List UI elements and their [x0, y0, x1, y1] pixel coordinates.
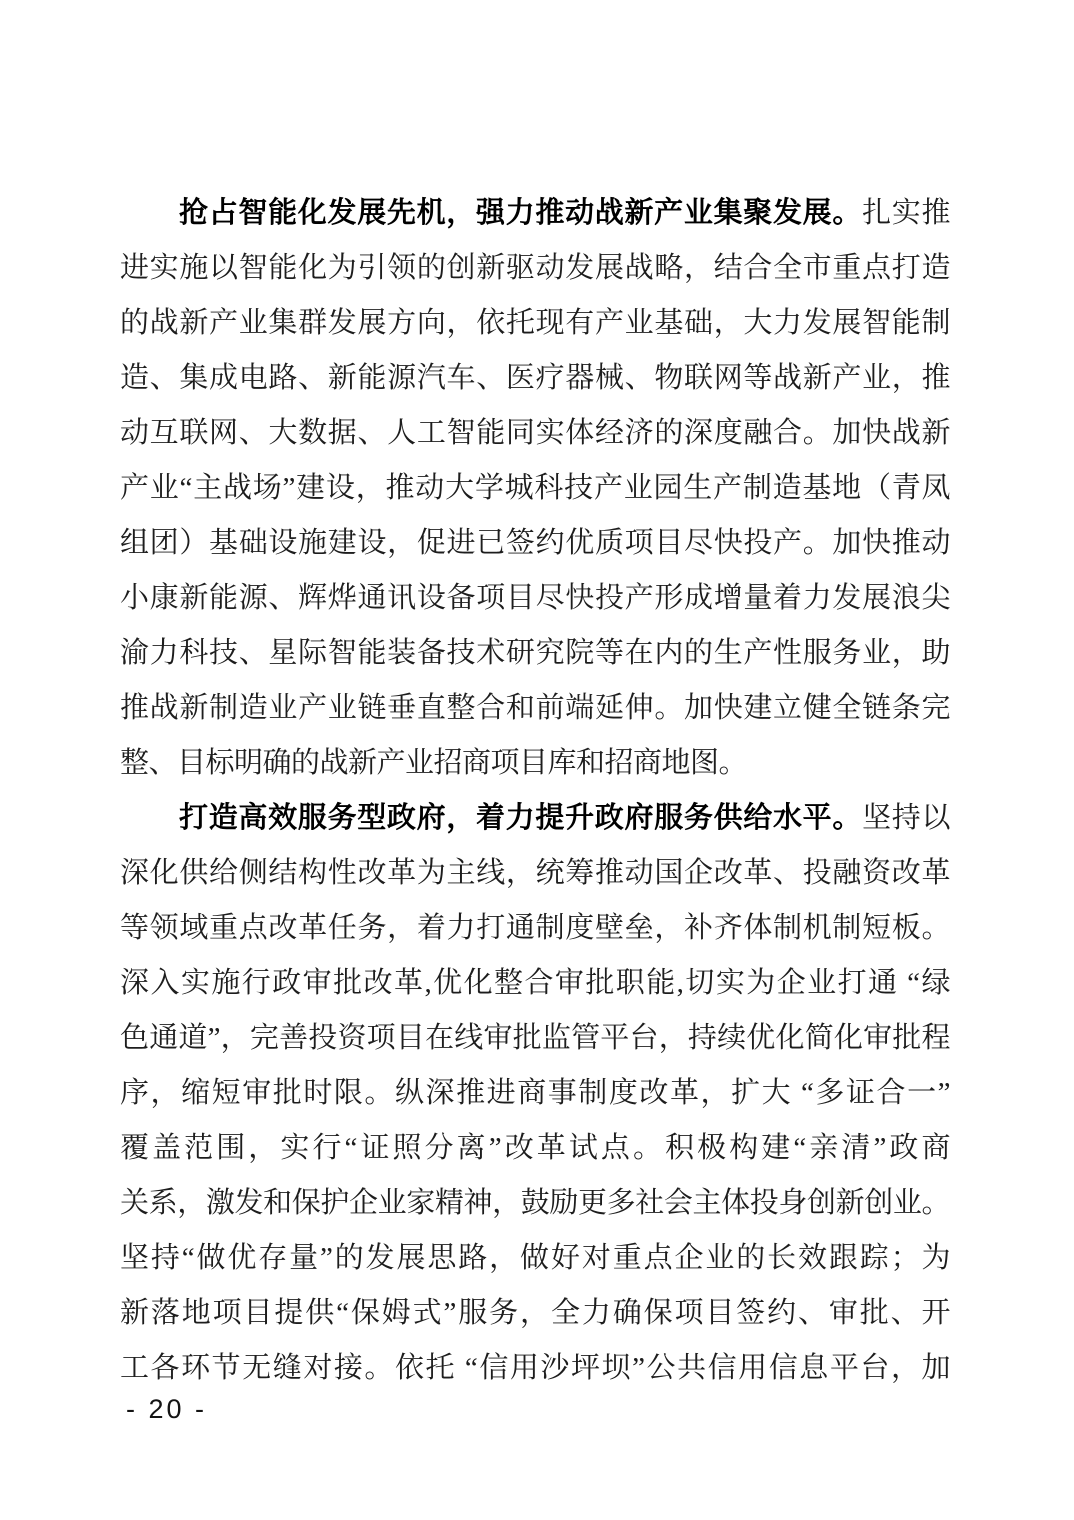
paragraph1-line-3: 的战新产业集群发展方向，依托现有产业基础，大力发展智能制 [120, 296, 950, 351]
paragraph2-line-7: 覆盖范围，实行“证照分离”改革试点。积极构建“亲清”政商 [120, 1121, 950, 1176]
paragraph1-line-5: 动互联网、大数据、人工智能同实体经济的深度融合。加快战新 [120, 406, 950, 461]
paragraph2-line-1: 打造高效服务型政府，着力提升政府服务供给水平。坚持以 [120, 791, 950, 846]
paragraph1-line-7: 组团）基础设施建设，促进已签约优质项目尽快投产。加快推动 [120, 516, 950, 571]
paragraph1-line-10: 推战新制造业产业链垂直整合和前端延伸。加快建立健全链条完 [120, 681, 950, 736]
paragraph2-line-5: 色通道”，完善投资项目在线审批监管平台，持续优化简化审批程 [120, 1011, 950, 1066]
paragraph2-heading: 打造高效服务型政府，着力提升政府服务供给水平。 [179, 802, 862, 834]
page-number: - 20 - [126, 1390, 207, 1428]
paragraph1-line-2: 进实施以智能化为引领的创新驱动发展战略，结合全市重点打造 [120, 241, 950, 296]
paragraph2-line-4: 深入实施行政审批改革,优化整合审批职能,切实为企业打通 “绿 [120, 956, 950, 1011]
paragraph2-line-8: 关系，激发和保护企业家精神，鼓励更多社会主体投身创新创业。 [120, 1176, 950, 1231]
paragraph2-line-3: 等领域重点改革任务，着力打通制度壁垒，补齐体制机制短板。 [120, 901, 950, 956]
paragraph1-line-11: 整、目标明确的战新产业招商项目库和招商地图。 [120, 736, 950, 791]
paragraph1-heading: 抢占智能化发展先机，强力推动战新产业集聚发展。 [179, 197, 862, 229]
document-page: 抢占智能化发展先机，强力推动战新产业集聚发展。扎实推 进实施以智能化为引领的创新… [0, 0, 1074, 1520]
paragraph1-line-1-text: 扎实推 [862, 197, 950, 229]
document-body: 抢占智能化发展先机，强力推动战新产业集聚发展。扎实推 进实施以智能化为引领的创新… [120, 186, 950, 1396]
paragraph2-line-2: 深化供给侧结构性改革为主线，统筹推动国企改革、投融资改革 [120, 846, 950, 901]
paragraph2-line-6: 序，缩短审批时限。纵深推进商事制度改革，扩大 “多证合一” [120, 1066, 950, 1121]
paragraph2-line-11: 工各环节无缝对接。依托 “信用沙坪坝”公共信用信息平台，加 [120, 1341, 950, 1396]
paragraph1-line-4: 造、集成电路、新能源汽车、医疗器械、物联网等战新产业，推 [120, 351, 950, 406]
paragraph1-line-6: 产业“主战场”建设，推动大学城科技产业园生产制造基地（青凤 [120, 461, 950, 516]
paragraph2-line-1-text: 坚持以 [862, 802, 950, 834]
paragraph1-line-8: 小康新能源、辉烨通讯设备项目尽快投产形成增量着力发展浪尖 [120, 571, 950, 626]
paragraph1-line-9: 渝力科技、星际智能装备技术研究院等在内的生产性服务业，助 [120, 626, 950, 681]
paragraph1-line-1: 抢占智能化发展先机，强力推动战新产业集聚发展。扎实推 [120, 186, 950, 241]
paragraph2-line-10: 新落地项目提供“保姆式”服务，全力确保项目签约、审批、开 [120, 1286, 950, 1341]
paragraph2-line-9: 坚持“做优存量”的发展思路，做好对重点企业的长效跟踪；为 [120, 1231, 950, 1286]
